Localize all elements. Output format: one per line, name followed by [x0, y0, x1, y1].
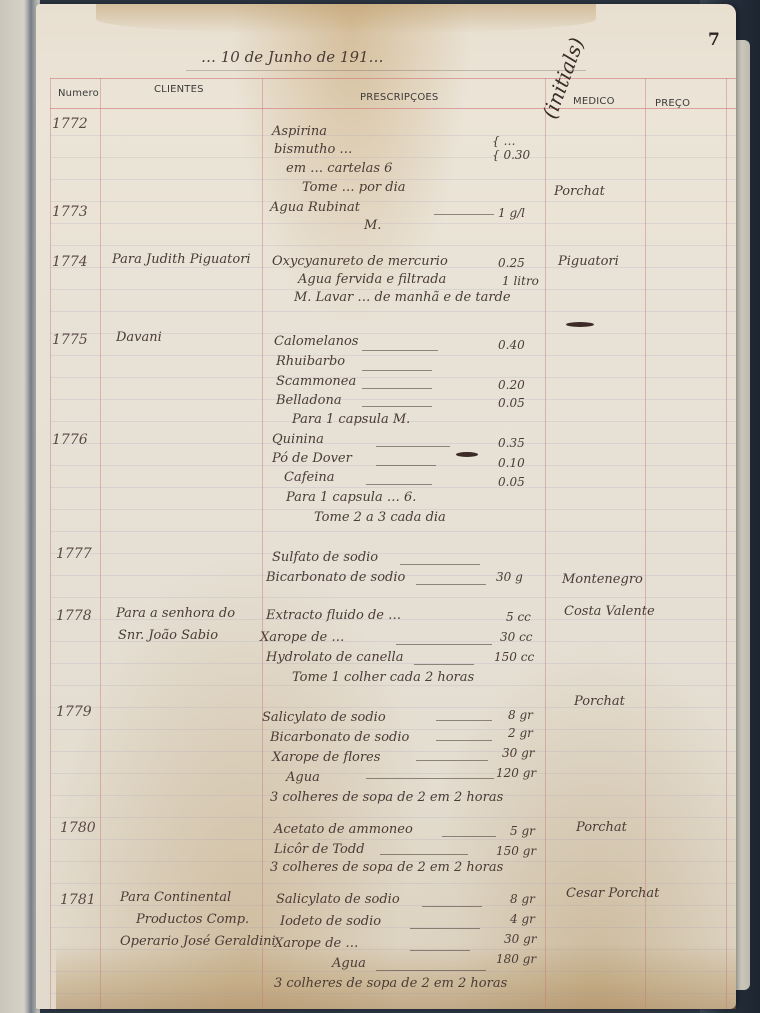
prescription-line: Acetato de ammoneo: [274, 822, 413, 837]
price-value: 5 cc: [506, 610, 531, 624]
prescription-line: Agua: [332, 956, 366, 971]
ledger-page: 7 … 10 de Junho de 191… (initials) Numer…: [36, 4, 736, 1009]
dash-leader: [376, 970, 486, 971]
dash-leader: [442, 836, 496, 837]
client-name-line: Para a senhora do: [116, 606, 235, 621]
date-underline: [186, 70, 586, 71]
dash-leader: [362, 388, 432, 389]
prescription-line: Agua fervida e filtrada: [298, 272, 446, 287]
dash-leader: [362, 350, 438, 351]
price-value: 8 gr: [508, 708, 533, 722]
dash-leader: [366, 484, 432, 485]
price-value: { …: [492, 134, 515, 148]
column-header-prescripcoes: PRESCRIPÇOES: [360, 92, 438, 103]
prescription-line: Oxycyanureto de mercurio: [272, 254, 448, 269]
price-value: 0.05: [498, 475, 525, 489]
prescription-line: Bicarbonato de sodio: [270, 730, 409, 745]
doctor-name: Montenegro: [562, 572, 643, 587]
price-value: 180 gr: [496, 952, 536, 966]
doctor-name: Porchat: [554, 184, 605, 199]
entry-number: 1776: [52, 432, 88, 448]
doctor-name: Piguatori: [558, 254, 619, 269]
prescription-line: Hydrolato de canella: [266, 650, 403, 665]
dash-leader: [436, 720, 492, 721]
client-name-line: Productos Comp.: [136, 912, 249, 927]
prescription-line: Para 1 capsula M.: [292, 412, 410, 427]
entry-number: 1778: [56, 608, 92, 624]
dash-leader: [410, 928, 480, 929]
prescription-line: Aspirina: [272, 124, 327, 139]
prescription-line: Agua Rubinat: [270, 200, 360, 215]
dash-leader: [366, 778, 494, 779]
prescription-line: Pó de Dover: [272, 451, 352, 466]
column-divider-clientes: [262, 78, 263, 1009]
price-value: 150 gr: [496, 844, 536, 858]
price-value: 0.05: [498, 396, 525, 410]
price-value: 150 cc: [494, 650, 534, 664]
dash-leader: [436, 740, 492, 741]
dash-leader: [362, 406, 432, 407]
dash-leader: [410, 950, 470, 951]
dash-leader: [434, 214, 494, 215]
price-value: 120 gr: [496, 766, 536, 780]
dash-leader: [376, 465, 436, 466]
price-value: 2 gr: [508, 726, 533, 740]
price-value: 5 gr: [510, 824, 535, 838]
prescription-line: Scammonea: [276, 374, 356, 389]
column-header-medico: MEDICO: [573, 96, 615, 107]
dash-leader: [376, 446, 450, 447]
prescription-line: Extracto fluido de …: [266, 608, 401, 623]
price-value: 1 litro: [502, 274, 539, 288]
dash-leader: [380, 854, 468, 855]
prescription-line: 3 colheres de sopa de 2 em 2 horas: [270, 790, 503, 805]
price-value: 0.10: [498, 456, 525, 470]
column-divider-medico: [645, 78, 646, 1009]
prescription-line: 3 colheres de sopa de 2 em 2 horas: [270, 860, 503, 875]
entry-number: 1781: [60, 892, 96, 908]
dash-leader: [416, 584, 486, 585]
date-line: … 10 de Junho de 191…: [201, 48, 384, 66]
page-number: 7: [708, 30, 720, 50]
price-value: 0.20: [498, 378, 525, 392]
price-value: 0.25: [498, 256, 525, 270]
client-name: Para Judith Piguatori: [112, 252, 251, 267]
client-name-line: Snr. João Sabio: [118, 628, 218, 643]
prescription-line: Xarope de flores: [272, 750, 380, 765]
water-stain-top: [96, 4, 596, 34]
dash-leader: [416, 760, 488, 761]
doctor-name: Porchat: [576, 820, 627, 835]
header-rule-top: [50, 78, 736, 79]
client-name-line: Para Continental: [120, 890, 231, 905]
entry-number: 1772: [52, 116, 88, 132]
entry-number: 1774: [52, 254, 88, 270]
column-divider-numero: [100, 78, 101, 1009]
column-divider-prescripcoes: [545, 78, 546, 1009]
prescription-line: Cafeina: [284, 470, 334, 485]
price-value: 0.40: [498, 338, 525, 352]
price-value: 8 gr: [510, 892, 535, 906]
prescription-line: Rhuibarbo: [276, 354, 345, 369]
ink-blot: [566, 322, 594, 327]
doctor-name: Porchat: [574, 694, 625, 709]
ink-blot: [456, 452, 478, 457]
prescription-line: Tome … por dia: [302, 180, 406, 195]
prescription-line: Xarope de …: [274, 936, 358, 951]
prescription-line: Iodeto de sodio: [280, 914, 381, 929]
price-value: 30 gr: [504, 932, 537, 946]
price-value: 4 gr: [510, 912, 535, 926]
price-value: 0.35: [498, 436, 525, 450]
prescription-line: Quinina: [272, 432, 324, 447]
client-name-line: Operario José Geraldini: [120, 934, 276, 949]
entry-number: 1780: [60, 820, 96, 836]
prescription-line: bismutho …: [274, 142, 352, 157]
prescription-line: Tome 1 colher cada 2 horas: [292, 670, 474, 685]
prescription-line: Para 1 capsula … 6.: [286, 490, 416, 505]
prescription-line: Bicarbonato de sodio: [266, 570, 405, 585]
entry-number: 1773: [52, 204, 88, 220]
prescription-line: Salicylato de sodio: [262, 710, 386, 725]
dash-leader: [414, 664, 474, 665]
entry-number: 1779: [56, 704, 92, 720]
prescription-line: Xarope de …: [260, 630, 344, 645]
prescription-line: Licôr de Todd: [274, 842, 365, 857]
dash-leader: [396, 644, 492, 645]
dash-leader: [400, 564, 480, 565]
prescription-line: 3 colheres de sopa de 2 em 2 horas: [274, 976, 507, 991]
entry-number: 1775: [52, 332, 88, 348]
column-header-preco: PREÇO: [655, 98, 690, 109]
entry-number: 1777: [56, 546, 92, 562]
dash-leader: [362, 370, 432, 371]
prescription-line: Tome 2 a 3 cada dia: [314, 510, 446, 525]
column-header-numero: Numero: [58, 88, 99, 99]
doctor-name: Costa Valente: [564, 604, 655, 619]
price-value: 30 cc: [500, 630, 533, 644]
margin-line: [50, 78, 51, 1009]
dash-leader: [422, 906, 482, 907]
price-value: 30 gr: [502, 746, 535, 760]
prescription-line: Agua: [286, 770, 320, 785]
column-header-clientes: CLIENTES: [154, 84, 204, 95]
price-value: { 0.30: [492, 148, 530, 162]
prescription-line: Calomelanos: [274, 334, 358, 349]
column-divider-preco: [726, 78, 727, 1009]
prescription-line: M.: [364, 218, 381, 233]
client-name: Davani: [116, 330, 162, 345]
doctor-name: Cesar Porchat: [566, 886, 659, 901]
prescription-line: Sulfato de sodio: [272, 550, 378, 565]
price-value: 30 g: [496, 570, 523, 584]
prescription-line: Belladona: [276, 393, 342, 408]
header-rule-bottom: [50, 108, 736, 109]
prescription-line: M. Lavar … de manhã e de tarde: [294, 290, 511, 305]
prescription-line: Salicylato de sodio: [276, 892, 400, 907]
prescription-line: em … cartelas 6: [286, 161, 392, 176]
price-value: 1 g/l: [498, 206, 525, 220]
